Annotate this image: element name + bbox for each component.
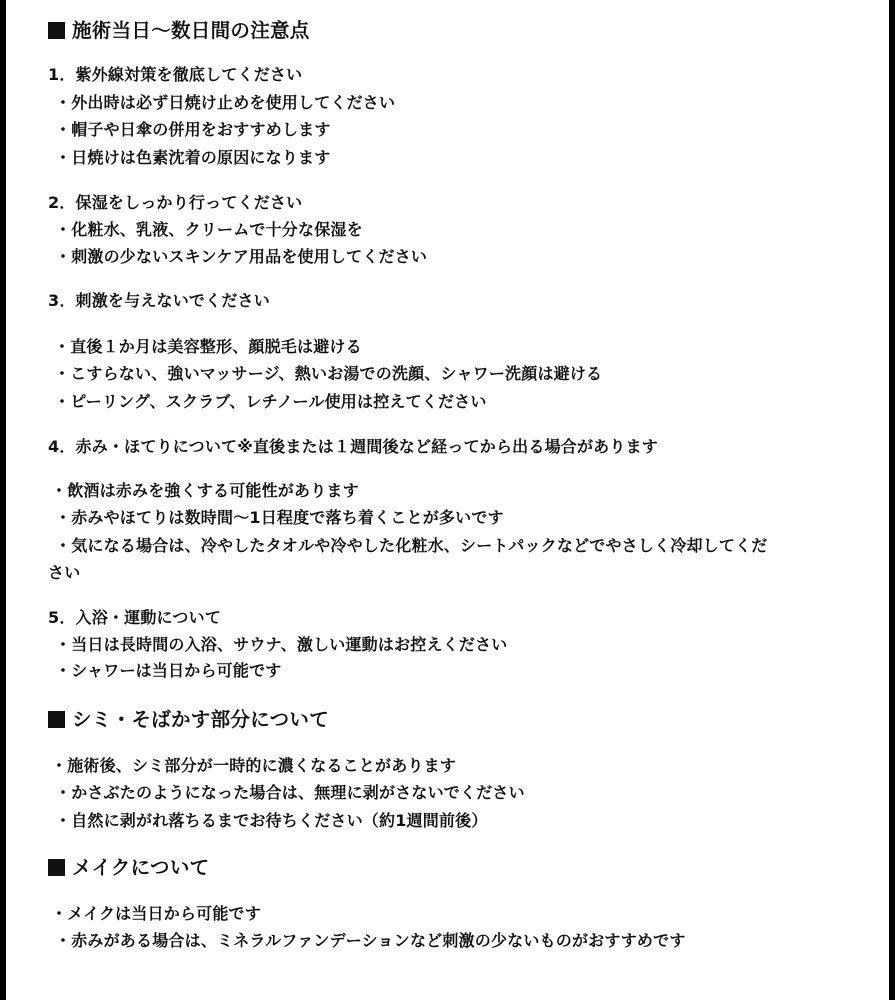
subsection-title: 3．刺激を与えないでください (48, 291, 270, 311)
list-item: ・飲酒は赤みを強くする可能性があります (51, 481, 359, 501)
list-item: ・日焼けは色素沈着の原因になります (55, 148, 330, 168)
subsection-title: 4．赤み・ほてりについて※直後または１週間後など経ってから出る場合があります (48, 437, 658, 457)
subsection-title: 5．入浴・運動について (48, 608, 221, 628)
list-item: ・帽子や日傘の併用をおすすめします (55, 120, 331, 140)
black-square-icon (48, 859, 65, 876)
section-heading: シミ・そばかす部分について (48, 707, 329, 733)
list-item: ・ピーリング、スクラブ、レチノール使用は控えてください (54, 392, 487, 412)
section-heading: メイクについて (48, 855, 209, 881)
document-page: 施術当日〜数日間の注意点 1．紫外線対策を徹底してください ・外出時は必ず日焼け… (6, 0, 889, 1000)
black-square-icon (48, 711, 65, 728)
list-item: ・かさぶたのようになった場合は、無理に剥がさないでください (55, 783, 525, 803)
section-heading: 施術当日〜数日間の注意点 (48, 18, 310, 44)
list-item: ・気になる場合は、冷やしたタオルや冷やした化粧水、シートパックなどでやさしく冷却… (55, 536, 767, 556)
section-heading-text: シミ・そばかす部分について (72, 708, 329, 731)
list-item: ・メイクは当日から可能です (51, 904, 261, 924)
list-item: ・シャワーは当日から可能です (55, 661, 281, 681)
list-item: ・赤みやほてりは数時間〜1日程度で落ち着くことが多いです (55, 508, 504, 528)
list-item: ・赤みがある場合は、ミネラルファンデーションなど刺激の少ないものがおすすめです (55, 931, 686, 951)
black-square-icon (48, 22, 65, 39)
list-item: ・こすらない、強いマッサージ、熱いお湯での洗顔、シャワー洗顔は避ける (54, 364, 602, 384)
list-item: ・自然に剥がれ落ちるまでお待ちください（約1週間前後） (55, 811, 488, 831)
list-item: ・化粧水、乳液、クリームで十分な保湿を (55, 220, 363, 240)
list-item: ・外出時は必ず日焼け止めを使用してください (55, 93, 395, 113)
subsection-title: 1．紫外線対策を徹底してください (48, 65, 302, 85)
section-heading-text: メイクについて (72, 856, 209, 879)
section-heading-text: 施術当日〜数日間の注意点 (72, 19, 310, 42)
subsection-title: 2．保湿をしっかり行ってください (48, 193, 302, 213)
list-item: ・直後１か月は美容整形、顔脱毛は避ける (54, 337, 362, 357)
list-item: ・施術後、シミ部分が一時的に濃くなることがあります (51, 756, 456, 776)
list-item: ・刺激の少ないスキンケア用品を使用してください (55, 247, 427, 267)
list-item-continuation: さい (48, 563, 80, 583)
list-item: ・当日は長時間の入浴、サウナ、激しい運動はお控えください (55, 635, 507, 655)
